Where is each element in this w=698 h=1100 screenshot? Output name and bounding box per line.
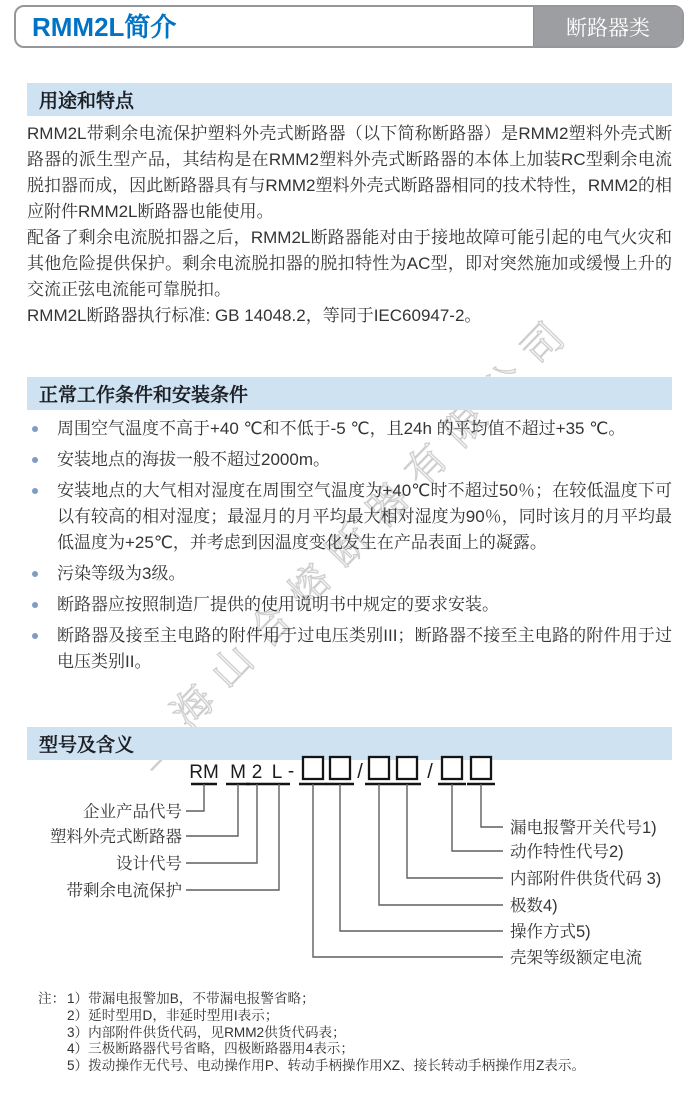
list-item: 断路器及接至主电路的附件用于过电压类别III；断路器不接至主电路的附件用于过电压… (27, 623, 672, 675)
list-item-text: 周围空气温度不高于+40 ℃和不低于-5 ℃，且24h 的平均值不超过+35 ℃… (57, 419, 625, 438)
code-box (369, 757, 389, 779)
code-part: RM (189, 762, 219, 783)
code-slash: / (427, 761, 433, 783)
diagram-label-left: 塑料外壳式断路器 (50, 827, 183, 846)
diagram-label-right: 漏电报警开关代号1) (510, 818, 657, 837)
conditions-list: 周围空气温度不高于+40 ℃和不低于-5 ℃，且24h 的平均值不超过+35 ℃… (27, 416, 672, 680)
diagram-label-right: 内部附件供货代码 3) (510, 869, 661, 888)
connector-line (186, 784, 279, 890)
list-item-text: 安装地点的大气相对湿度在周围空气温度为+40℃时不超过50％；在较低温度下可以有… (57, 481, 672, 552)
list-item: 安装地点的大气相对湿度在周围空气温度为+40℃时不超过50％；在较低温度下可以有… (27, 478, 672, 556)
connector-line (407, 784, 503, 878)
diagram-label-left: 设计代号 (116, 854, 182, 873)
bullet-dot-icon (32, 457, 38, 463)
diagram-label-left: 企业产品代号 (83, 802, 182, 821)
note-prefix: 注： (38, 991, 67, 1008)
connector-line (340, 784, 503, 931)
note-line: 4）三极断路器代号省略，四极断路器用4表示； (67, 1041, 678, 1058)
note-line: 注：1）带漏电报警加B，不带漏电报警省略； (67, 991, 678, 1008)
code-box (471, 757, 491, 779)
list-item-text: 断路器及接至主电路的附件用于过电压类别III；断路器不接至主电路的附件用于过电压… (57, 626, 672, 671)
code-box (330, 757, 350, 779)
connector-line (379, 784, 503, 905)
usage-paragraphs: RMM2L带剩余电流保护塑料外壳式断路器（以下简称断路器）是RMM2塑料外壳式断… (27, 121, 672, 329)
code-box (442, 757, 462, 779)
diagram-label-left: 带剩余电流保护 (67, 881, 183, 900)
paragraph: RMM2L断路器执行标准: GB 14048.2，等同于IEC60947-2。 (27, 303, 672, 329)
diagram-label-right: 壳架等级额定电流 (510, 948, 642, 967)
page-title: RMM2L简介 (16, 14, 176, 40)
code-part: L (272, 762, 283, 783)
connector-line (186, 784, 238, 836)
bullet-dot-icon (32, 571, 38, 577)
model-code-diagram: RM M 2 L - / / 企业 (0, 750, 698, 995)
connector-line (186, 784, 257, 863)
paragraph: RMM2L带剩余电流保护塑料外壳式断路器（以下简称断路器）是RMM2塑料外壳式断… (27, 121, 672, 225)
code-part: 2 (252, 762, 263, 783)
diagram-label-right: 动作特性代号2) (510, 842, 624, 861)
note-line: 3）内部附件供货代码，见RMM2供货代码表； (67, 1025, 678, 1042)
list-item: 污染等级为3级。 (27, 561, 672, 587)
code-box (397, 757, 417, 779)
bullet-dot-icon (32, 633, 38, 639)
category-tab: 断路器类 (533, 7, 682, 46)
section-title-conditions: 正常工作条件和安装条件 (27, 377, 672, 410)
bullet-dot-icon (32, 488, 38, 494)
diagram-label-right: 操作方式5) (510, 922, 591, 941)
list-item-text: 安装地点的海拔一般不超过2000m。 (57, 450, 330, 469)
section-title-usage: 用途和特点 (27, 83, 672, 116)
list-item-text: 污染等级为3级。 (57, 564, 185, 583)
diagram-label-right: 极数4) (510, 896, 558, 915)
list-item: 安装地点的海拔一般不超过2000m。 (27, 447, 672, 473)
bullet-dot-icon (32, 426, 38, 432)
list-item: 周围空气温度不高于+40 ℃和不低于-5 ℃，且24h 的平均值不超过+35 ℃… (27, 416, 672, 442)
list-item: 断路器应按照制造厂提供的使用说明书中规定的要求安装。 (27, 592, 672, 618)
model-notes: 注：1）带漏电报警加B，不带漏电报警省略； 2）延时型用D，非延时型用I表示； … (38, 991, 678, 1075)
code-part: M (230, 762, 246, 783)
document-page: 上海山合熔断器有限公司 RMM2L简介 断路器类 用途和特点 RMM2L带剩余电… (0, 0, 698, 1100)
note-text: 1）带漏电报警加B，不带漏电报警省略； (67, 991, 315, 1006)
code-slash: / (357, 761, 363, 783)
note-line: 5）拨动操作无代号、电动操作用P、转动手柄操作用XZ、接长转动手柄操作用Z表示。 (67, 1058, 678, 1075)
note-line: 2）延时型用D，非延时型用I表示； (67, 1008, 678, 1025)
paragraph: 配备了剩余电流脱扣器之后，RMM2L断路器能对由于接地故障可能引起的电气火灾和其… (27, 225, 672, 303)
connector-line (186, 784, 204, 811)
list-item-text: 断路器应按照制造厂提供的使用说明书中规定的要求安装。 (57, 595, 499, 614)
connector-line (452, 784, 503, 851)
code-hyphen: - (288, 761, 294, 782)
page-header: RMM2L简介 断路器类 (14, 5, 684, 48)
bullet-dot-icon (32, 602, 38, 608)
connector-line (481, 784, 503, 827)
code-box (303, 757, 323, 779)
